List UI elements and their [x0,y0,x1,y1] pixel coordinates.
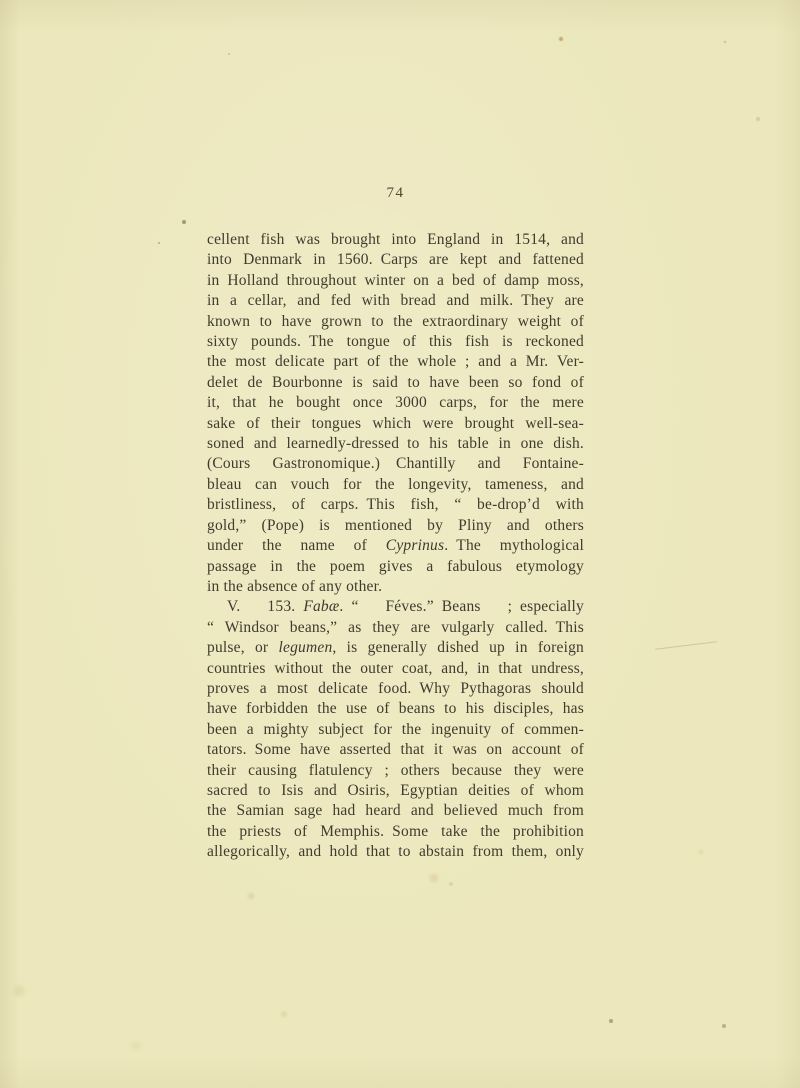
text-segment: bristliness, of carps. This fish, “ be-d… [207,496,584,513]
text-line: the Samian sage had heard and believed m… [207,801,584,821]
text-line: in Holland throughout winter on a bed of… [207,271,584,291]
text-segment: in a cellar, and fed with bread and milk… [207,292,584,309]
text-segment: have forbidden the use of beans to his d… [207,700,584,717]
text-line: allegorically, and hold that to abstain … [207,842,584,862]
text-line: the priests of Memphis. Some take the pr… [207,822,584,842]
text-line: in a cellar, and fed with bread and milk… [207,291,584,311]
text-segment: tators. Some have asserted that it was o… [207,741,584,758]
text-segment: allegorically, and hold that to abstain … [207,843,584,860]
text-segment: (Cours Gastronomique.) Chantilly and Fon… [207,455,584,472]
text-line: sacred to Isis and Osiris, Egyptian deit… [207,781,584,801]
text-segment: sacred to Isis and Osiris, Egyptian deit… [207,782,584,799]
text-line: passage in the poem gives a fabulous ety… [207,557,584,577]
text-segment: in the absence of any other. [207,578,382,595]
text-line: sixty pounds. The tongue of this fish is… [207,332,584,352]
text-segment: “ Windsor beans,” as they are vulgarly c… [207,619,584,636]
text-segment: in Holland throughout winter on a bed of… [207,272,584,289]
text-segment: cellent fish was brought into England in… [207,231,584,248]
text-line: proves a most delicate food. Why Pythago… [207,679,584,699]
text-segment: V. 153. [227,598,303,615]
text-line: the most delicate part of the whole ; an… [207,352,584,372]
text-line: known to have grown to the extraordinary… [207,312,584,332]
text-segment: gold,” (Pope) is mentioned by Pliny and … [207,517,584,534]
text-line: into Denmark in 1560. Carps are kept and… [207,250,584,270]
text-line: gold,” (Pope) is mentioned by Pliny and … [207,516,584,536]
italic-text-segment: legumen [278,639,332,656]
text-line: soned and learnedly-dressed to his table… [207,434,584,454]
italic-text-segment: Fabæ [303,598,339,615]
text-line: in the absence of any other. [207,577,584,597]
text-line: bristliness, of carps. This fish, “ be-d… [207,495,584,515]
text-line: under the name of Cyprinus. The mytholog… [207,536,584,556]
italic-text-segment: Cyprinus [386,537,444,554]
text-segment: pulse, or [207,639,278,656]
text-line: it, that he bought once 3000 carps, for … [207,393,584,413]
text-line: been a mighty subject for the ingenuity … [207,720,584,740]
text-line: countries without the outer coat, and, i… [207,659,584,679]
text-segment: into Denmark in 1560. Carps are kept and… [207,251,584,268]
text-segment: proves a most delicate food. Why Pythago… [207,680,584,697]
text-line: V. 153. Fabæ. “ Féves.” Beans ; especial… [207,597,584,617]
page-number: 74 [207,183,584,203]
text-segment: been a mighty subject for the ingenuity … [207,721,584,738]
text-segment: the priests of Memphis. Some take the pr… [207,823,584,840]
text-line: bleau can vouch for the longevity, tamen… [207,475,584,495]
text-line: delet de Bourbonne is said to have been … [207,373,584,393]
paper-specks [0,0,2,2]
text-line: sake of their tongues which were brought… [207,414,584,434]
book-page: 74 cellent fish was brought into England… [0,0,800,1088]
text-line: (Cours Gastronomique.) Chantilly and Fon… [207,454,584,474]
text-segment: . The mythological [444,537,584,554]
text-segment: the most delicate part of the whole ; an… [207,353,584,370]
text-segment: it, that he bought once 3000 carps, for … [207,394,584,411]
text-segment: soned and learnedly-dressed to his table… [207,435,584,452]
text-segment: their causing flatulency ; others becaus… [207,762,584,779]
text-line: have forbidden the use of beans to his d… [207,699,584,719]
text-segment: sake of their tongues which were brought… [207,415,584,432]
text-line: their causing flatulency ; others becaus… [207,761,584,781]
text-segment: passage in the poem gives a fabulous ety… [207,558,584,575]
text-segment: countries without the outer coat, and, i… [207,660,584,677]
paper-scratch [655,641,717,650]
text-line: cellent fish was brought into England in… [207,230,584,250]
body-text-block: cellent fish was brought into England in… [207,230,584,863]
text-segment: known to have grown to the extraordinary… [207,313,584,330]
text-segment: the Samian sage had heard and believed m… [207,802,584,819]
text-segment: sixty pounds. The tongue of this fish is… [207,333,584,350]
text-segment: delet de Bourbonne is said to have been … [207,374,584,391]
text-line: pulse, or legumen, is generally dished u… [207,638,584,658]
text-segment: bleau can vouch for the longevity, tamen… [207,476,584,493]
text-segment: . “ Féves.” Beans ; especially [339,598,584,615]
text-line: “ Windsor beans,” as they are vulgarly c… [207,618,584,638]
text-segment: , is generally dished up in foreign [332,639,584,656]
text-segment: under the name of [207,537,386,554]
text-line: tators. Some have asserted that it was o… [207,740,584,760]
